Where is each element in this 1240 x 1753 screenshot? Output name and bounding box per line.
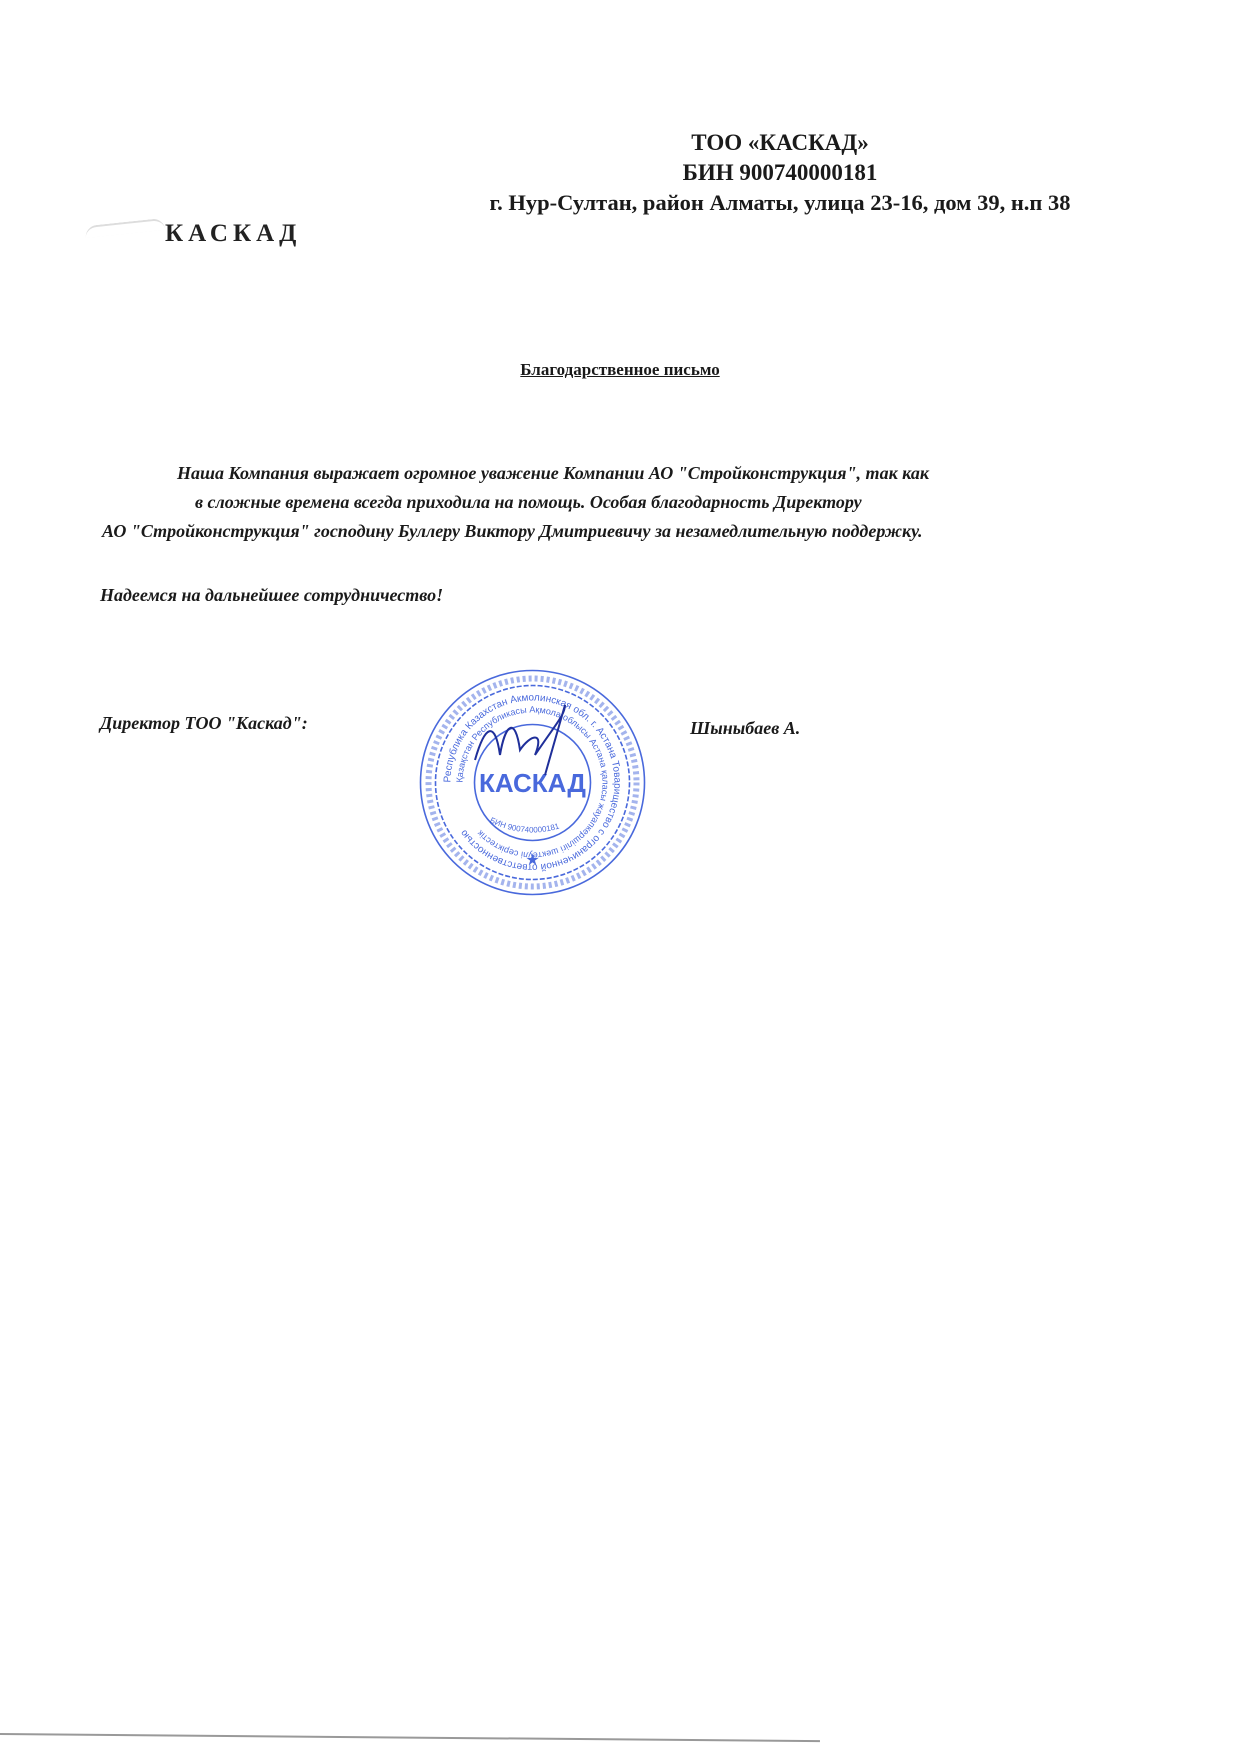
closing-line: Надеемся на дальнейшее сотрудничество!	[100, 585, 443, 606]
letterhead: ТОО «КАСКАД» БИН 900740000181 г. Нур-Сул…	[440, 128, 1120, 218]
body-line: АО "Стройконструкция" господину Буллеру …	[95, 517, 1115, 546]
svg-text:★: ★	[525, 852, 539, 869]
svg-text:КАСКАД: КАСКАД	[479, 768, 586, 798]
svg-text:БИН 900740000181: БИН 900740000181	[489, 816, 561, 835]
company-address: г. Нур-Султан, район Алматы, улица 23-16…	[440, 188, 1120, 218]
company-stamp-icon: Республика Казахстан Акмолинская обл. г.…	[415, 665, 650, 900]
body-line: Наша Компания выражает огромное уважение…	[95, 459, 1115, 488]
logo-swoosh	[85, 218, 166, 238]
body-line: в сложные времена всегда приходила на по…	[95, 488, 1115, 517]
company-bin: БИН 900740000181	[440, 158, 1120, 188]
page-edge-line	[0, 1733, 820, 1742]
company-logo: КАСКАД	[165, 220, 301, 248]
signatory-position: Директор ТОО "Каскад":	[100, 713, 308, 734]
letter-body: Наша Компания выражает огромное уважение…	[95, 459, 1115, 546]
signatory-name: Шыныбаев А.	[690, 718, 800, 739]
company-name: ТОО «КАСКАД»	[440, 128, 1120, 158]
document-title: Благодарственное письмо	[0, 360, 1240, 380]
